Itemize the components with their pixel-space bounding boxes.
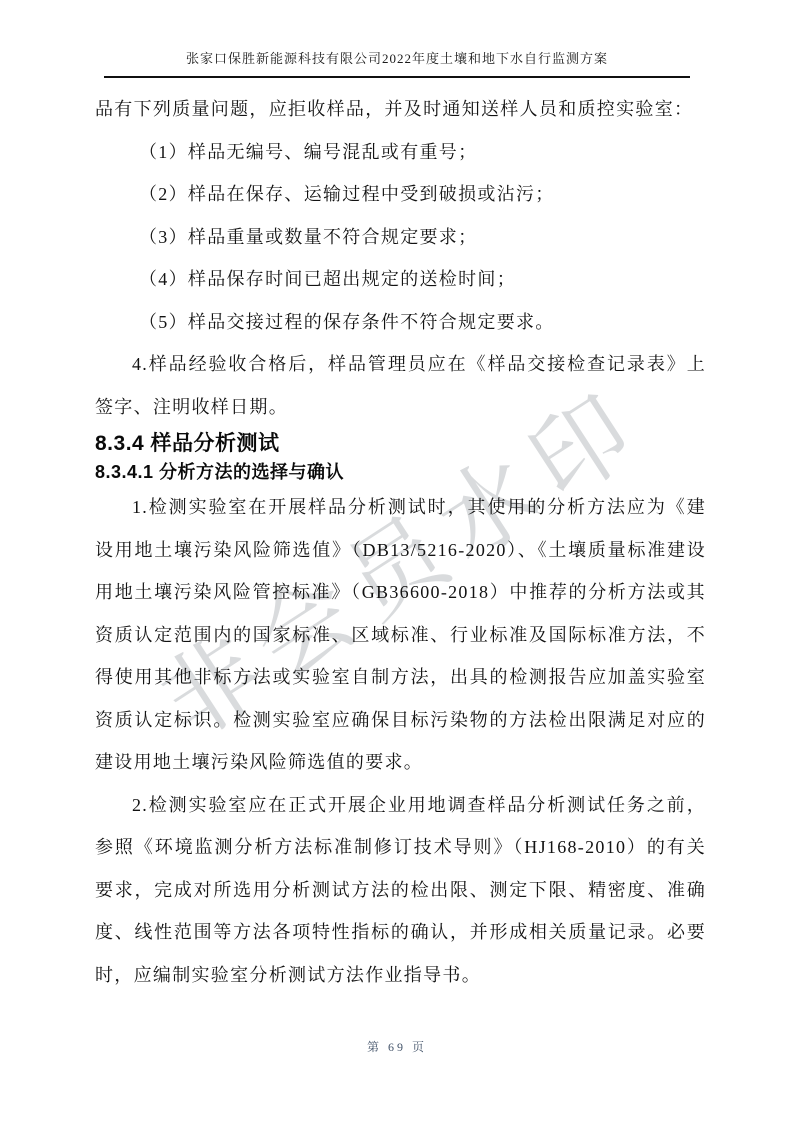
section-heading: 8.3.4 样品分析测试	[95, 428, 706, 459]
list-item-2: （2）样品在保存、运输过程中受到破损或沾污；	[95, 173, 706, 216]
method-paragraph-1: 1.检测实验室在开展样品分析测试时，其使用的分析方法应为《建设用地土壤污染风险筛…	[95, 486, 706, 784]
list-item-1: （1）样品无编号、编号混乱或有重号；	[95, 131, 706, 174]
method-paragraph-2: 2.检测实验室应在正式开展企业用地调查样品分析测试任务之前，参照《环境监测分析方…	[95, 784, 706, 997]
intro-paragraph: 品有下列质量问题，应拒收样品，并及时通知送样人员和质控实验室：	[95, 88, 706, 131]
acceptance-paragraph: 4.样品经验收合格后，样品管理员应在《样品交接检查记录表》上签字、注明收样日期。	[95, 343, 706, 428]
document-body: 品有下列质量问题，应拒收样品，并及时通知送样人员和质控实验室： （1）样品无编号…	[95, 88, 706, 996]
subsection-heading: 8.3.4.1 分析方法的选择与确认	[95, 459, 706, 486]
list-item-4: （4）样品保存时间已超出规定的送检时间；	[95, 258, 706, 301]
page-header: 张家口保胜新能源科技有限公司2022年度土壤和地下水自行监测方案	[104, 48, 690, 78]
page-footer: 第 69 页	[0, 1038, 794, 1055]
list-item-5: （5）样品交接过程的保存条件不符合规定要求。	[95, 301, 706, 344]
document-page: 非会员水印 张家口保胜新能源科技有限公司2022年度土壤和地下水自行监测方案 品…	[0, 0, 794, 1123]
page-number: 第 69 页	[367, 1040, 427, 1054]
list-item-3: （3）样品重量或数量不符合规定要求；	[95, 216, 706, 259]
header-title: 张家口保胜新能源科技有限公司2022年度土壤和地下水自行监测方案	[186, 51, 608, 66]
